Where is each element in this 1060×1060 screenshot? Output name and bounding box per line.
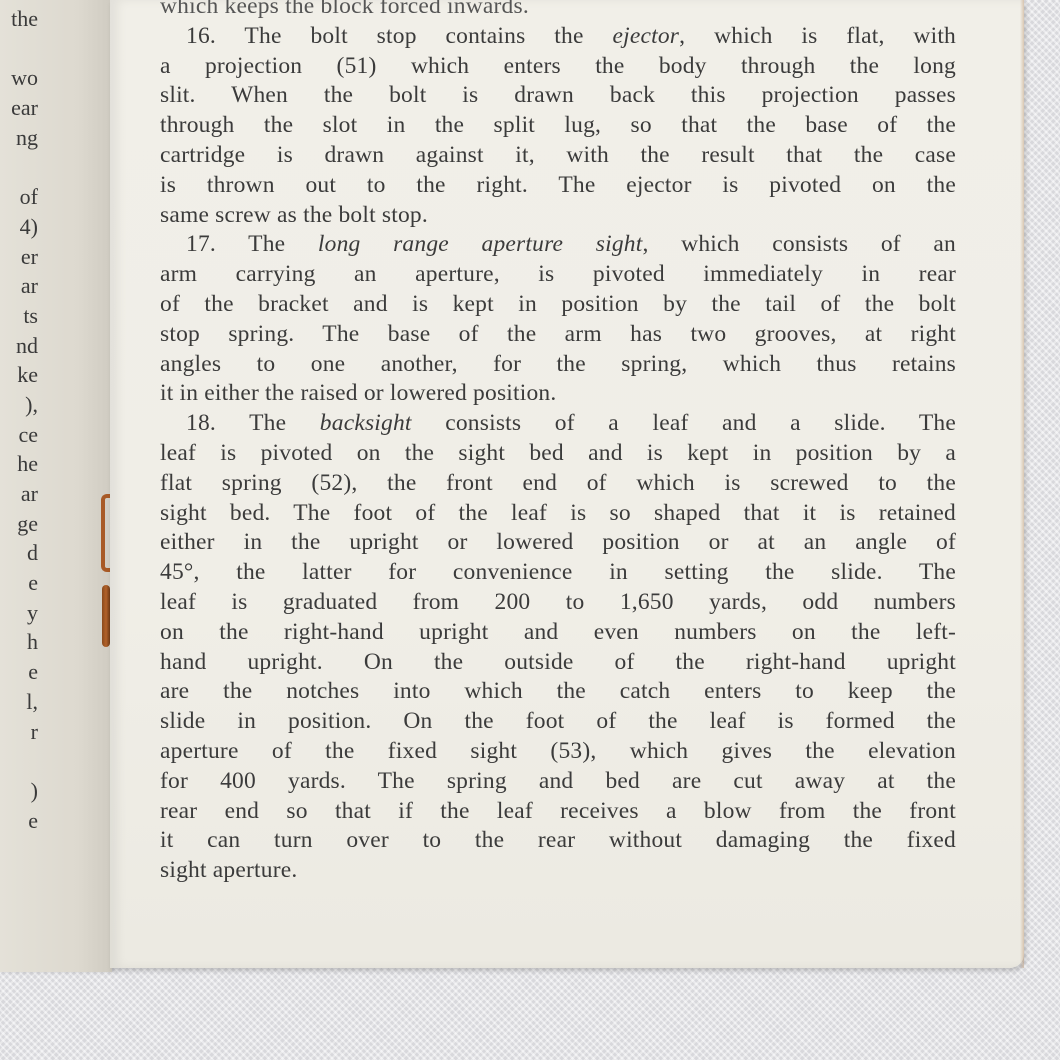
paragraph-line: sight aperture. xyxy=(160,856,956,886)
left-page-line-fragment: h xyxy=(0,627,38,657)
paragraph-first-line: 17. The long range aperture sight, which… xyxy=(160,230,956,260)
paragraphs: 16. The bolt stop contains the ejector, … xyxy=(160,22,956,886)
paragraph-line: on the right-hand upright and even numbe… xyxy=(160,618,956,648)
left-page-line-fragment: e xyxy=(0,568,38,598)
paragraph-line: sight bed. The foot of the leaf is so sh… xyxy=(160,499,956,529)
left-page-line-fragment xyxy=(0,746,38,776)
paragraph-line: slit. When the bolt is drawn back this p… xyxy=(160,81,956,111)
left-page-line-fragment: ar xyxy=(0,271,38,301)
paragraph-first-line: 18. The backsight consists of a leaf and… xyxy=(160,409,956,439)
paragraph-line: through the slot in the split lug, so th… xyxy=(160,111,956,141)
left-page-line-fragment: ) xyxy=(0,776,38,806)
paragraph-line: arm carrying an aperture, is pivoted imm… xyxy=(160,260,956,290)
paragraph-line: aperture of the fixed sight (53), which … xyxy=(160,737,956,767)
left-page-line-fragment: wo xyxy=(0,63,38,93)
paragraph-line: is thrown out to the right. The ejector … xyxy=(160,171,956,201)
paragraph-line: flat spring (52), the front end of which… xyxy=(160,469,956,499)
left-page-line-fragment: ke xyxy=(0,360,38,390)
paragraph-line: leaf is graduated from 200 to 1,650 yard… xyxy=(160,588,956,618)
left-page-line-fragment: ts xyxy=(0,301,38,331)
paragraph-line: either in the upright or lowered positio… xyxy=(160,528,956,558)
page-body-text: which keeps the block forced inwards. 16… xyxy=(160,0,956,886)
right-page: which keeps the block forced inwards. 16… xyxy=(110,0,1024,968)
italic-term: backsight xyxy=(320,410,412,436)
left-page-line-fragment: ng xyxy=(0,123,38,153)
left-page-line-fragment: he xyxy=(0,449,38,479)
left-page-line-fragment xyxy=(0,34,38,64)
paragraph-line: it in either the raised or lowered posit… xyxy=(160,379,956,409)
left-page-line-fragment: r xyxy=(0,717,38,747)
paragraph-line: angles to one another, for the spring, w… xyxy=(160,350,956,380)
paragraph-line: a projection (51) which enters the body … xyxy=(160,52,956,82)
paragraph-number: 18. xyxy=(186,410,216,436)
left-page-line-fragment: ear xyxy=(0,93,38,123)
left-page-line-fragment: e xyxy=(0,657,38,687)
paragraph-line: it can turn over to the rear without dam… xyxy=(160,826,956,856)
left-page-line-fragment: ), xyxy=(0,390,38,420)
paragraph-number: 16. xyxy=(186,23,216,49)
left-page-line-fragment: ar xyxy=(0,479,38,509)
paragraph-line: are the notches into which the catch ent… xyxy=(160,677,956,707)
paragraph-number: 17. xyxy=(186,231,216,257)
left-page-line-fragment: l, xyxy=(0,687,38,717)
left-page: thewoearngof4)erartsndke),ceheargedeyhel… xyxy=(0,0,112,972)
left-page-line-fragment: 4) xyxy=(0,212,38,242)
left-page-text-fragments: thewoearngof4)erartsndke),ceheargedeyhel… xyxy=(0,4,38,835)
paragraph-line: 45°, the latter for convenience in setti… xyxy=(160,558,956,588)
italic-term: ejector xyxy=(613,23,680,49)
left-page-line-fragment: y xyxy=(0,598,38,628)
left-page-line-fragment: er xyxy=(0,242,38,272)
paragraph-line: cartridge is drawn against it, with the … xyxy=(160,141,956,171)
paragraph-line: leaf is pivoted on the sight bed and is … xyxy=(160,439,956,469)
left-page-line-fragment xyxy=(0,152,38,182)
paragraph-line: rear end so that if the leaf receives a … xyxy=(160,797,956,827)
paragraph-16: 16. The bolt stop contains the ejector, … xyxy=(160,22,956,231)
left-page-line-fragment: ge xyxy=(0,509,38,539)
left-page-line-fragment: d xyxy=(0,538,38,568)
paragraph-line: stop spring. The base of the arm has two… xyxy=(160,320,956,350)
left-page-line-fragment: of xyxy=(0,182,38,212)
top-fragment-line: which keeps the block forced inwards. xyxy=(160,0,956,22)
left-page-line-fragment: e xyxy=(0,806,38,836)
paragraph-line: for 400 yards. The spring and bed are cu… xyxy=(160,767,956,797)
paragraph-line: of the bracket and is kept in position b… xyxy=(160,290,956,320)
left-page-line-fragment: nd xyxy=(0,331,38,361)
left-page-line-fragment: the xyxy=(0,4,38,34)
paragraph-first-line: 16. The bolt stop contains the ejector, … xyxy=(160,22,956,52)
staple-rust-bottom xyxy=(102,585,110,647)
paragraph-line: slide in position. On the foot of the le… xyxy=(160,707,956,737)
paragraph-line: same screw as the bolt stop. xyxy=(160,201,956,231)
italic-term: long range aperture sight xyxy=(318,231,643,257)
paragraph-18: 18. The backsight consists of a leaf and… xyxy=(160,409,956,886)
left-page-line-fragment: ce xyxy=(0,420,38,450)
paragraph-17: 17. The long range aperture sight, which… xyxy=(160,230,956,409)
paragraph-line: hand upright. On the outside of the righ… xyxy=(160,648,956,678)
